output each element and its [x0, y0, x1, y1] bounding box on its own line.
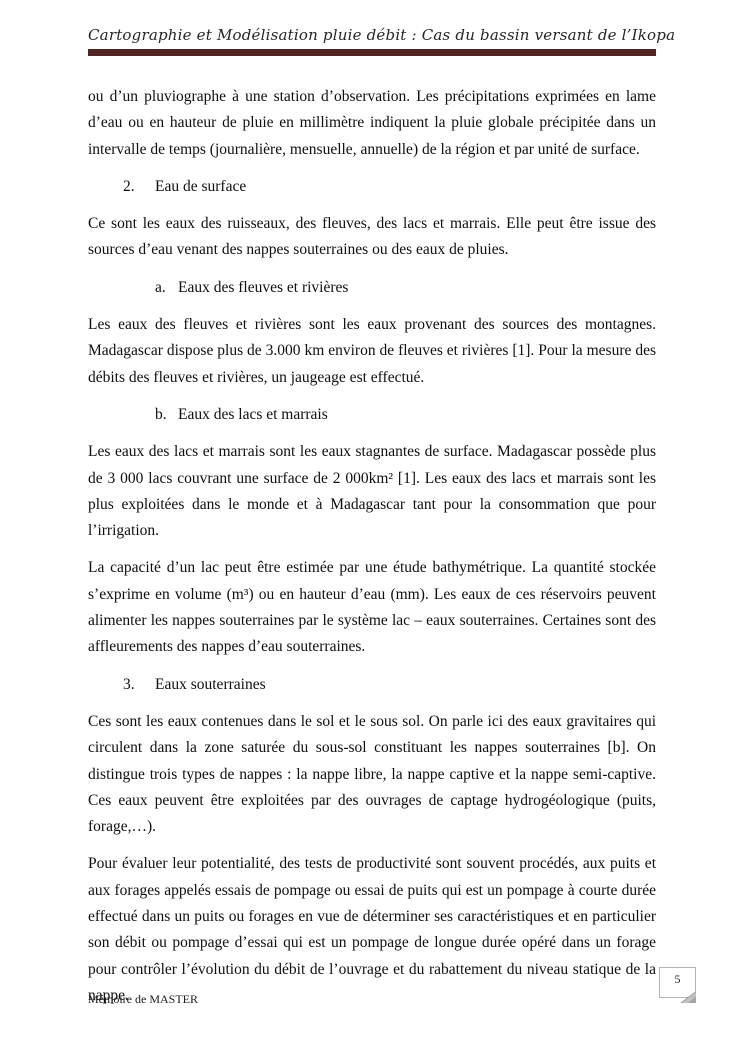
paragraph-eau-de-surface: Ce sont les eaux des ruisseaux, des fleu… — [88, 211, 656, 264]
page-number-box: 5 — [659, 967, 696, 998]
paragraph-lacs-marrais: Les eaux des lacs et marrais sont les ea… — [88, 439, 656, 544]
header-rule — [88, 49, 656, 56]
heading-label: Eau de surface — [155, 178, 246, 195]
paragraph-eaux-souterraines: Ces sont les eaux contenues dans le sol … — [88, 709, 656, 840]
paragraph-precipitations: ou d’un pluviographe à une station d’obs… — [88, 84, 656, 163]
heading-number: b. — [155, 402, 178, 428]
heading-number: a. — [155, 275, 178, 301]
page-fold-icon — [680, 990, 697, 1004]
heading-number: 3. — [123, 672, 155, 698]
heading-eaux-lacs-marrais: b.Eaux des lacs et marrais — [88, 402, 656, 428]
paragraph-capacite-lac: La capacité d’un lac peut être estimée p… — [88, 555, 656, 660]
heading-eau-de-surface: 2.Eau de surface — [88, 174, 656, 200]
heading-label: Eaux souterraines — [155, 676, 266, 693]
document-page: Cartographie et Modélisation pluie débit… — [0, 0, 744, 1053]
page-header: Cartographie et Modélisation pluie débit… — [88, 0, 656, 56]
heading-label: Eaux des lacs et marrais — [178, 406, 328, 423]
document-body: ou d’un pluviographe à une station d’obs… — [88, 84, 656, 1020]
heading-number: 2. — [123, 174, 155, 200]
header-title: Cartographie et Modélisation pluie débit… — [88, 26, 656, 44]
heading-eaux-fleuves-rivieres: a.Eaux des fleuves et rivières — [88, 275, 656, 301]
heading-eaux-souterraines: 3.Eaux souterraines — [88, 672, 656, 698]
footer-label: Mémoire de MASTER — [88, 992, 198, 1007]
paragraph-fleuves-rivieres: Les eaux des fleuves et rivières sont le… — [88, 312, 656, 391]
paragraph-essais-pompage: Pour évaluer leur potentialité, des test… — [88, 851, 656, 1009]
heading-label: Eaux des fleuves et rivières — [178, 279, 348, 296]
page-number: 5 — [660, 972, 695, 987]
